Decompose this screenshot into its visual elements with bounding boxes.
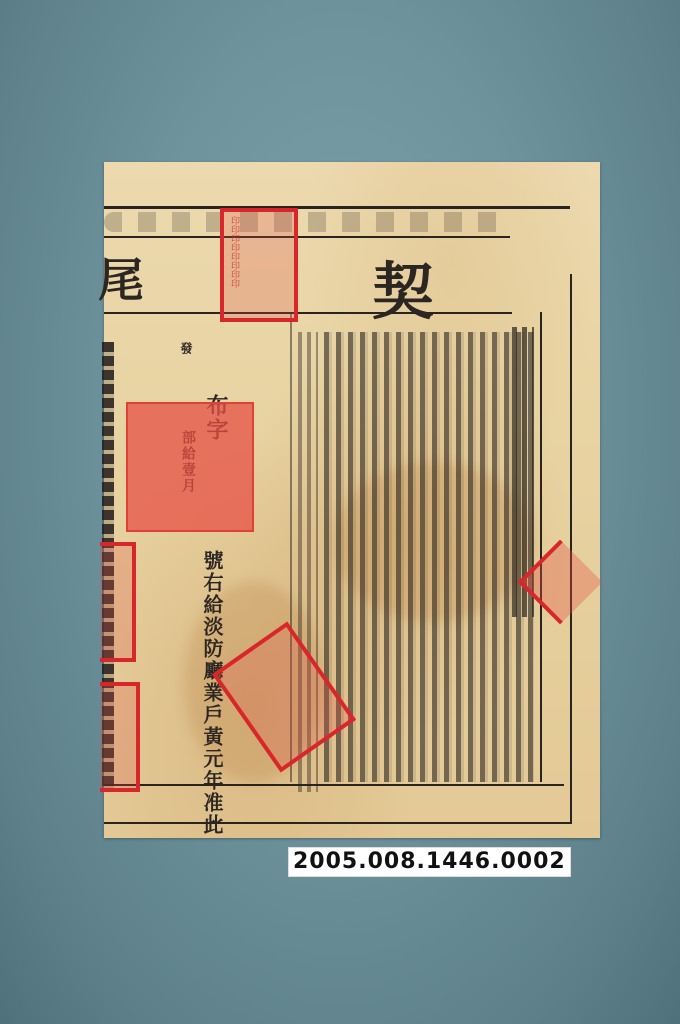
left-edge-seal-lower bbox=[100, 682, 140, 792]
right-inner-border-line bbox=[540, 312, 542, 782]
body-text-block bbox=[324, 332, 534, 782]
title-character-left: 尾 bbox=[98, 244, 144, 310]
left-large-seal bbox=[126, 402, 254, 532]
bottom-border-outer bbox=[104, 822, 570, 824]
title-character-main: 契 bbox=[372, 242, 434, 331]
seal-inscription: 印印印印印印印印 bbox=[224, 212, 244, 292]
top-border-line bbox=[104, 206, 570, 209]
top-seal: 印印印印印印印印 bbox=[220, 208, 298, 322]
left-edge-seal-upper bbox=[100, 542, 136, 662]
inner-border-line bbox=[104, 236, 510, 238]
title-divider-line bbox=[104, 312, 512, 314]
catalog-number-label: 2005.008.1446.0002 bbox=[288, 847, 571, 877]
ornamental-border bbox=[104, 212, 510, 232]
small-label-text: 發 bbox=[178, 342, 195, 356]
bottom-border-line bbox=[104, 784, 564, 786]
left-column-text-3: 號右給淡防廳業戶黃元年准此 bbox=[200, 550, 224, 836]
document-paper: 尾 契 發 布字 部給壹月 號右給淡防廳業戶黃元年准此 印印印印印印印印 bbox=[104, 162, 600, 838]
